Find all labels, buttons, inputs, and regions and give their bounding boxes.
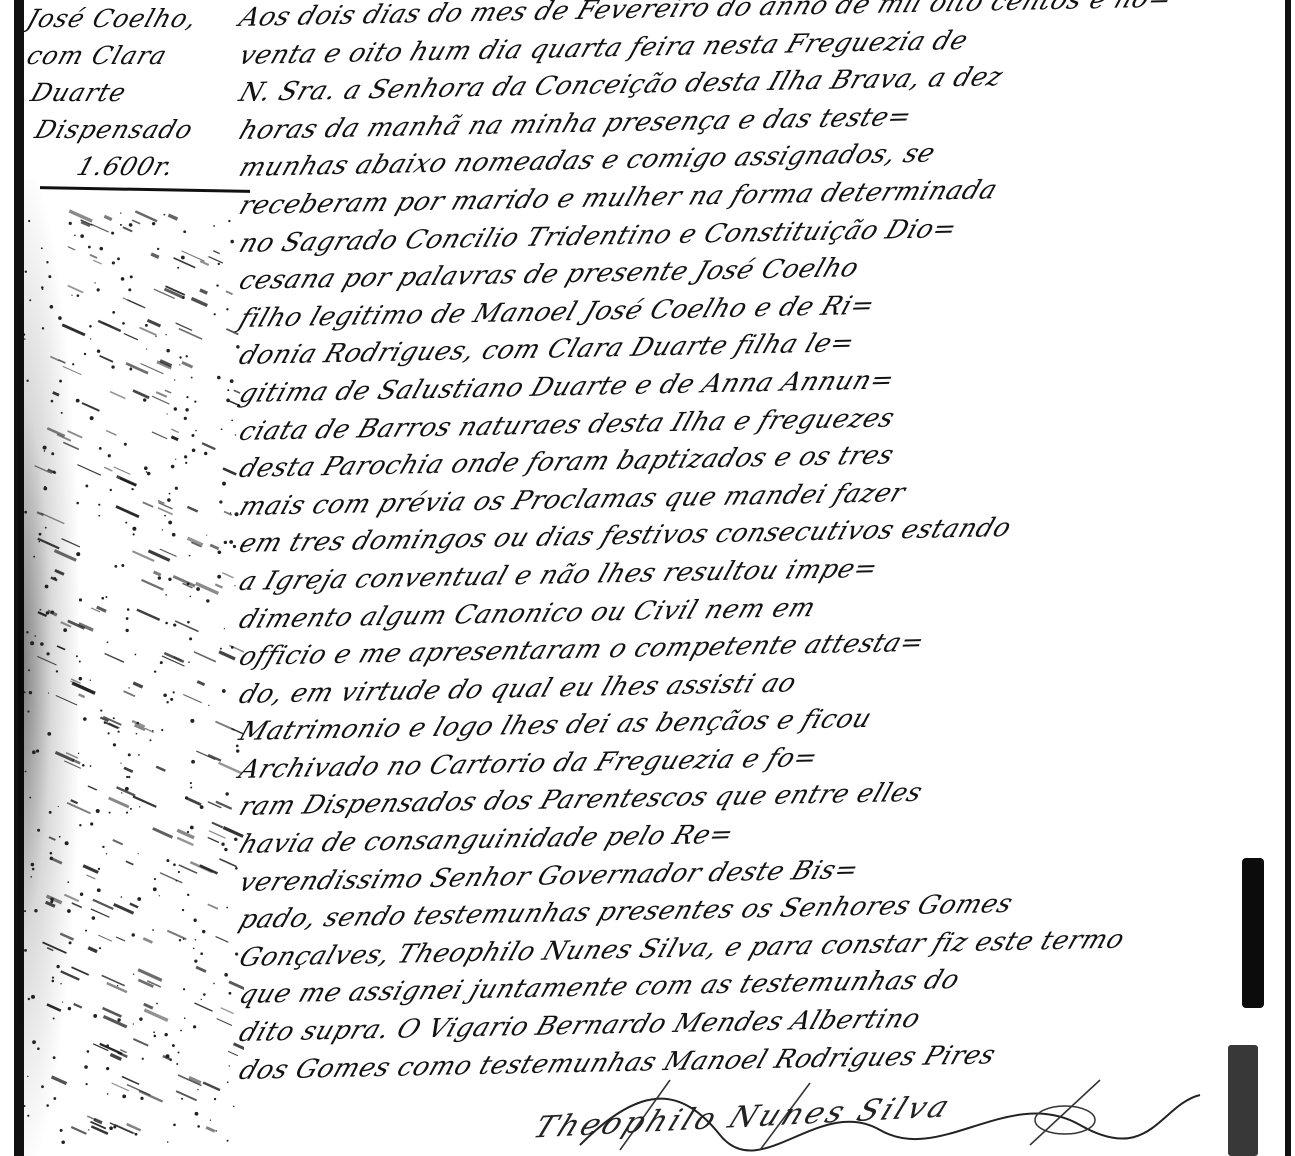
record-body: Aos dois dias do mes de Fevereiro do ann… [240,0,1240,1090]
document-scan: José Coelho, com Clara Duarte Dispensado… [0,0,1295,1156]
margin-note-line: José Coelho, [22,0,244,37]
margin-note-line: com Clara [22,37,244,74]
margin-note-line: Duarte [22,74,244,111]
margin-note: José Coelho, com Clara Duarte Dispensado… [28,0,238,185]
right-binding-edge [1285,0,1291,1156]
left-margin-stain [18,180,78,1156]
margin-note-fee: 1.600r. [22,148,244,185]
margin-note-line: Dispensado [22,111,244,148]
